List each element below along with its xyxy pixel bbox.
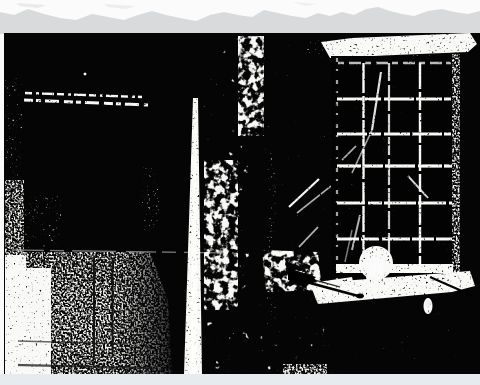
window [331, 54, 460, 293]
photograph [0, 0, 480, 385]
scene-canvas [0, 0, 480, 385]
door-speck [84, 73, 87, 76]
ground-rubble [205, 298, 475, 374]
ground-bright-marks [283, 364, 327, 374]
window-bottom-rail [336, 264, 453, 273]
window-frame-right [452, 54, 460, 286]
light-falloff [118, 248, 182, 374]
bottom-strip [0, 374, 480, 385]
